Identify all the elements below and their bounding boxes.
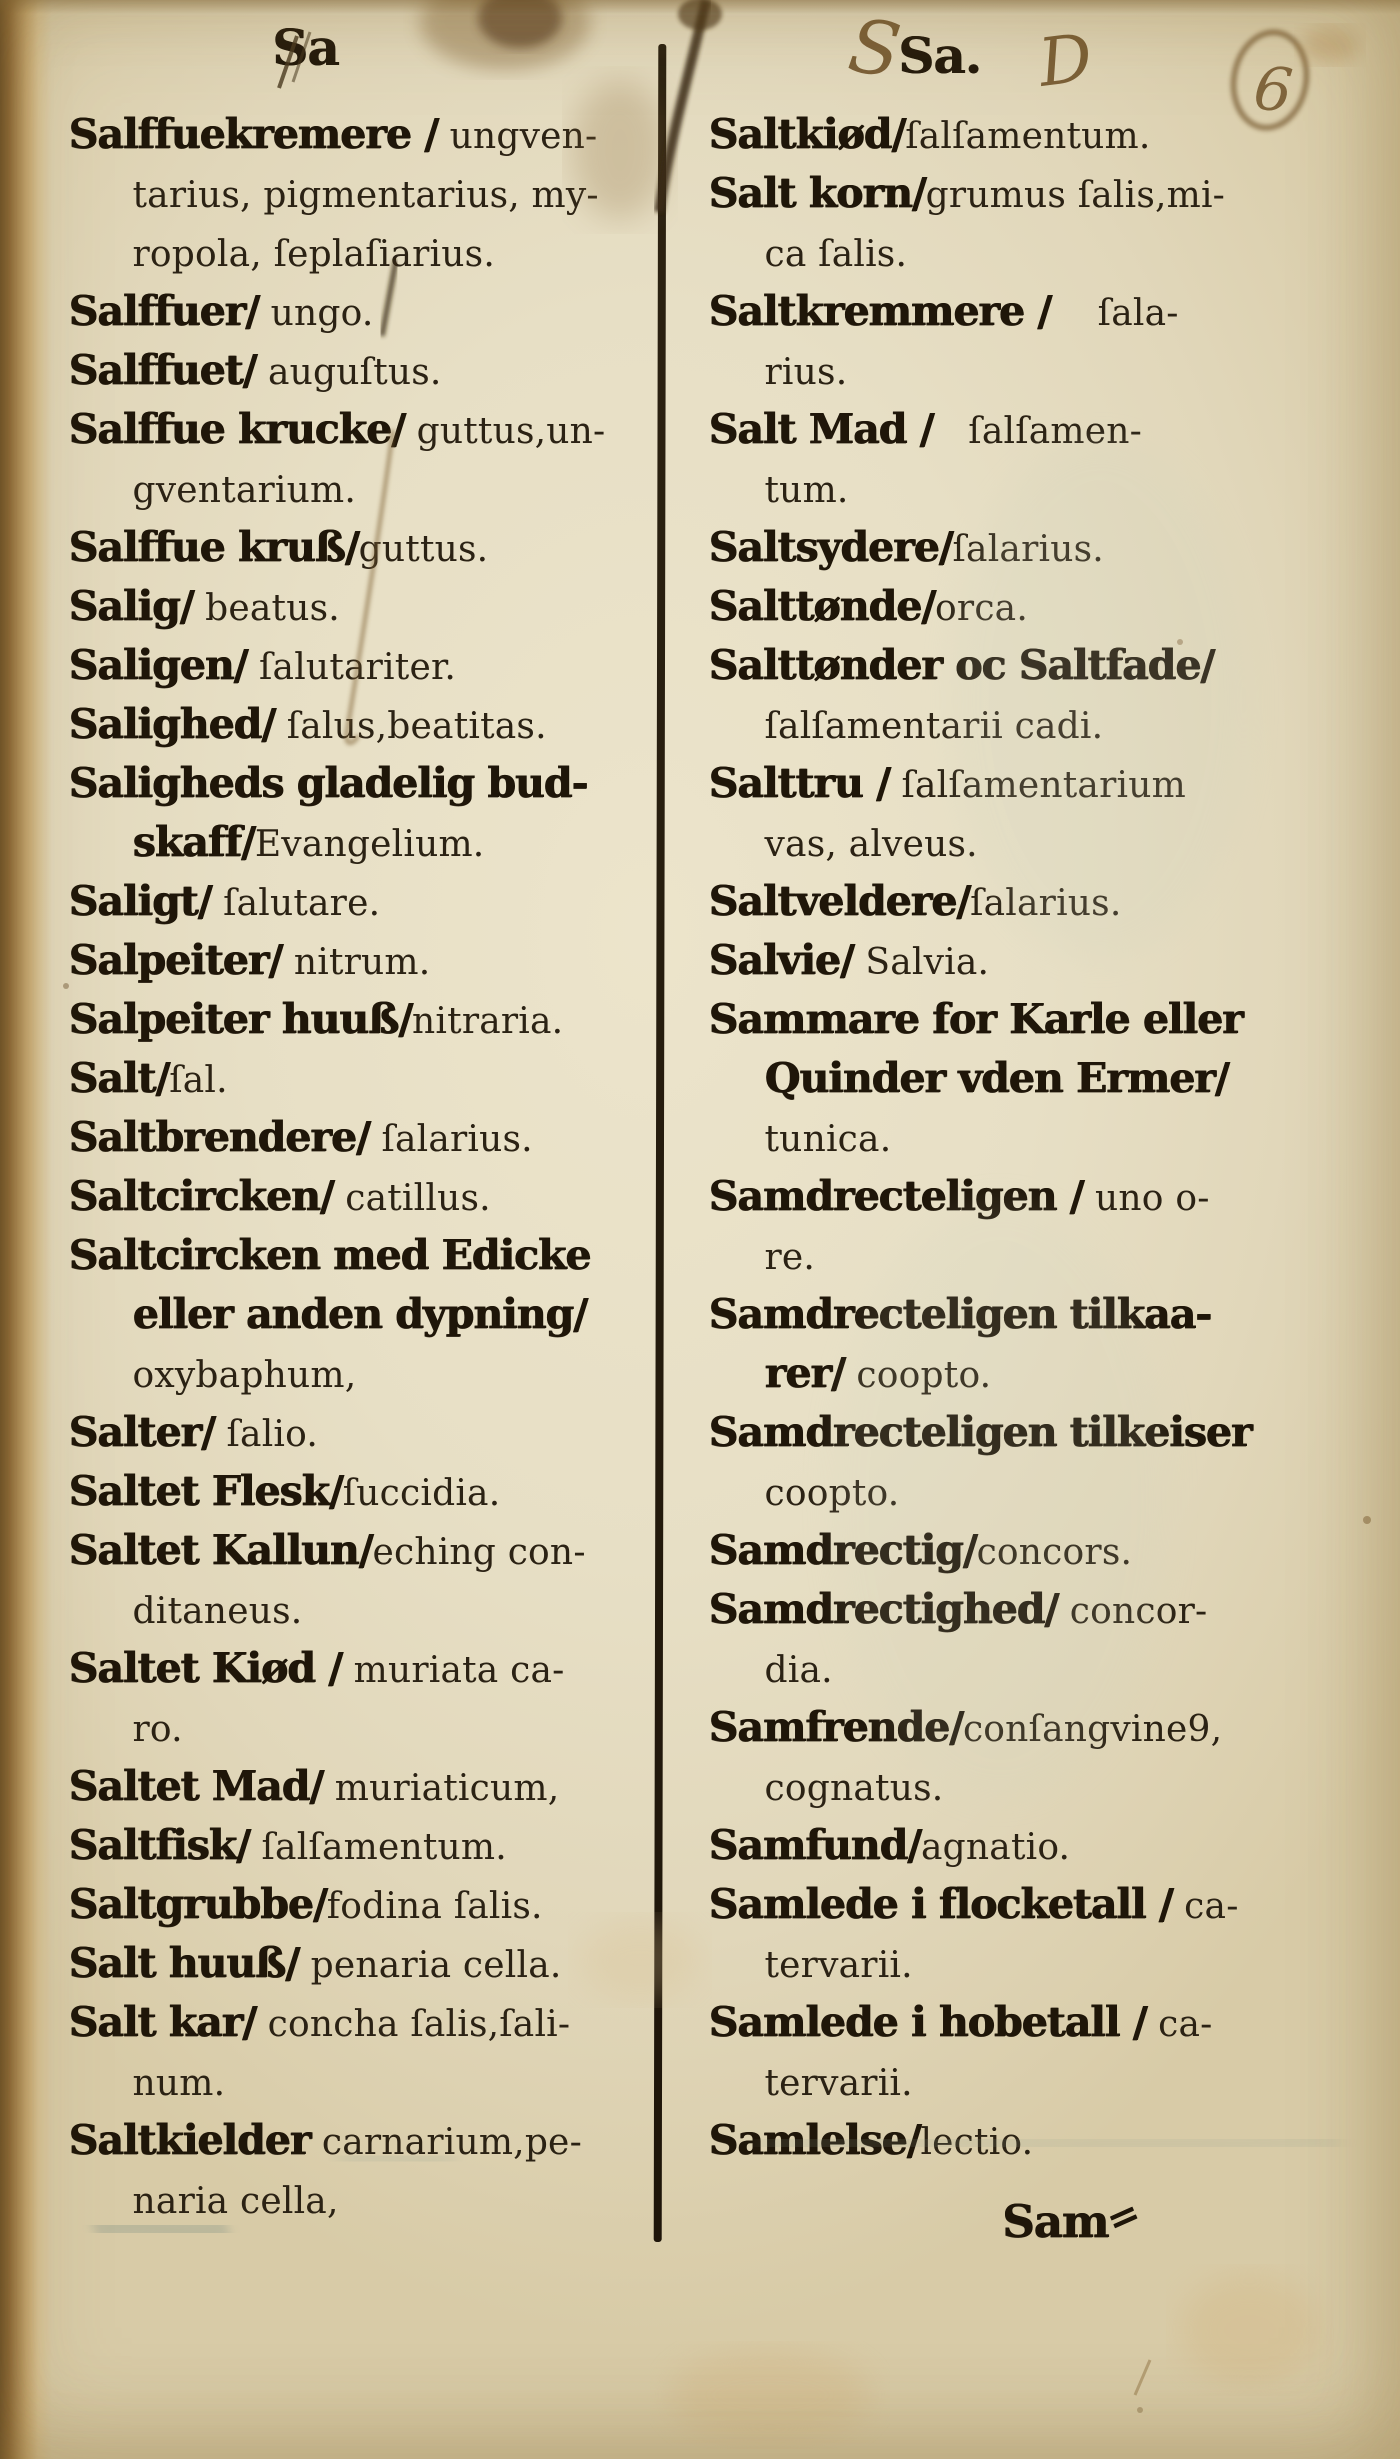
handwritten-mark-s: S (843, 3, 905, 95)
latin-gloss-text: ſalſamentum. (905, 116, 1150, 157)
headword-fraktur-text: Salpeiter huuß/ (69, 995, 413, 1043)
headword-fraktur-text: Saltkiød/ (709, 110, 906, 158)
latin-gloss-text: ca- (1173, 1886, 1239, 1927)
headword-fraktur-text: Salt kar/ (69, 1998, 257, 2046)
catchword-text: Sam (1002, 2195, 1108, 2248)
latin-gloss-text: oxybaphum, (133, 1355, 357, 1396)
latin-gloss-text: orca. (935, 588, 1028, 629)
headword-fraktur-text: Saltsydere/ (709, 523, 953, 571)
latin-gloss-text: rius. (765, 352, 848, 393)
headword-fraktur-text: Saltfisk/ (69, 1821, 250, 1869)
headword-fraktur-text: Saligen/ (69, 641, 248, 689)
latin-gloss-text: conſangvine9, (963, 1709, 1222, 1750)
left-column: Salffuekremere / ungven- tarius, pigment… (38, 86, 650, 2210)
latin-gloss-text: nitrum. (282, 942, 430, 983)
latin-gloss-text: ſalarius. (953, 529, 1104, 570)
latin-gloss-text: guttus. (359, 529, 489, 570)
headword-fraktur-text: Salffuekremere / (69, 110, 438, 158)
latin-gloss-text: cognatus. (765, 1768, 944, 1809)
latin-gloss-text: ſal. (169, 1060, 228, 1101)
latin-gloss-text: ca ſalis. (765, 234, 908, 275)
foxing-stain (670, 2350, 870, 2440)
latin-gloss-text: concha ſalis,ſali- (256, 2004, 570, 2045)
latin-gloss-text: coopto. (765, 1473, 900, 1514)
latin-gloss-text: gventarium. (133, 470, 357, 511)
headword-fraktur-text: Samdrectighed/ (709, 1585, 1059, 1633)
headword-fraktur-text: Salffuer/ (69, 287, 260, 335)
latin-gloss-text: uno o- (1083, 1178, 1209, 1219)
headword-fraktur-text: Salt huuß/ (69, 1939, 300, 1987)
latin-gloss-text: ſala- (1051, 293, 1179, 334)
latin-gloss-text: ſalarius. (370, 1119, 533, 1160)
latin-gloss-text: lectio. (920, 2122, 1033, 2163)
latin-gloss-text: ſuccidia. (343, 1473, 501, 1514)
latin-gloss-text: ſalſamen- (933, 411, 1142, 452)
headword-fraktur-text: Salvie/ (709, 936, 854, 984)
latin-gloss-text: ſalſamentarium (890, 765, 1186, 806)
headword-fraktur-text: Saltet Kiød / (69, 1644, 342, 1692)
latin-gloss-text: beatus. (193, 588, 339, 629)
latin-gloss-text: re. (765, 1237, 816, 1278)
headword-fraktur-text: Saltkielder (69, 2116, 311, 2164)
latin-gloss-text: ſalutariter. (247, 647, 456, 688)
latin-gloss-text: ſalio. (215, 1414, 318, 1455)
latin-gloss-text: guttus,un- (405, 411, 605, 452)
headword-fraktur-text: Saltkremmere / (709, 287, 1052, 335)
latin-gloss-text: ungo. (259, 293, 374, 334)
headword-fraktur-text: Samdrecteligen tilkaa- (709, 1290, 1212, 1338)
latin-gloss-text: ſalarius. (970, 883, 1121, 924)
latin-gloss-text: muriaticum, (323, 1768, 559, 1809)
headword-fraktur-text: Saligt/ (69, 877, 212, 925)
headword-fraktur-text: Sammare for Karle eller (709, 995, 1243, 1043)
headword-fraktur-text: Samdrecteligen / (709, 1172, 1084, 1220)
latin-gloss-text: penaria cella. (299, 1945, 561, 1986)
latin-gloss-text: ſalſamentarii cadi. (765, 706, 1104, 747)
headword-fraktur-text: Samlelse/ (709, 2116, 921, 2164)
latin-gloss-text: auguſtus. (256, 352, 441, 393)
latin-gloss-text: tarius, pigmentarius, my- (133, 175, 599, 216)
headword-fraktur-text: Salffue krucke/ (69, 405, 405, 453)
latin-gloss-text: ungven- (438, 116, 597, 157)
latin-gloss-text: grumus ſalis,mi- (926, 175, 1225, 216)
paper-speck (1363, 1516, 1371, 1524)
latin-gloss-text: tunica. (765, 1119, 892, 1160)
headword-fraktur-text: Salighed/ (69, 700, 276, 748)
latin-gloss-text: catillus. (334, 1178, 491, 1219)
latin-gloss-text: ropola, ſeplaſiarius. (133, 234, 495, 275)
headword-fraktur-text: Saltcircken med Edicke (69, 1231, 591, 1279)
headword-fraktur-text: Samfrende/ (709, 1703, 963, 1751)
latin-gloss-text: fodina ſalis. (327, 1886, 543, 1927)
latin-gloss-text: ſalutare. (211, 883, 380, 924)
latin-gloss-text: num. (133, 2063, 226, 2104)
headword-fraktur-text: Salt/ (69, 1054, 170, 1102)
headword-fraktur-text: Salttønde/ (709, 582, 936, 630)
latin-gloss-text: eching con- (372, 1532, 585, 1573)
stain-right-of-6 (1300, 27, 1360, 63)
paper-fiber (1135, 2360, 1150, 2395)
headword-fraktur-text: skaff/ (133, 818, 255, 866)
latin-gloss-text: concor- (1058, 1591, 1207, 1632)
latin-gloss-text: ſalſamentum. (250, 1827, 507, 1868)
headword-fraktur-text: Salter/ (69, 1408, 215, 1456)
latin-gloss-text: tum. (765, 470, 849, 511)
headword-fraktur-text: Salffue kruß/ (69, 523, 359, 571)
latin-gloss-text: concors. (977, 1532, 1133, 1573)
latin-gloss-text: dia. (765, 1650, 833, 1691)
entry-line: Salffuekremere / ungven- (38, 86, 650, 145)
latin-gloss-text: tervarii. (765, 2063, 913, 2104)
headword-fraktur-text: rer/ (765, 1349, 845, 1397)
latin-gloss-text: Salvia. (854, 942, 989, 983)
headword-fraktur-text: Saltgrubbe/ (69, 1880, 327, 1928)
headword-fraktur-text: Saltbrendere/ (69, 1113, 370, 1161)
headword-fraktur-text: Salttru / (709, 759, 890, 807)
latin-gloss-text: ditaneus. (133, 1591, 303, 1632)
headword-fraktur-text: Samlede i flocketall / (709, 1880, 1173, 1928)
foxing-stain2 (1180, 2275, 1320, 2385)
latin-gloss-text: agnatio. (921, 1827, 1070, 1868)
latin-gloss-text: nitraria. (412, 1001, 563, 1042)
dictionary-page: Sa Sa. Salffuekremere / ungven- tarius, … (0, 0, 1400, 2459)
headword-fraktur-text: Saltcircken/ (69, 1172, 334, 1220)
headword-fraktur-text: Salttønder oc Saltfade/ (709, 641, 1215, 689)
running-head-left: Sa (272, 18, 339, 77)
headword-fraktur-text: Saltet Mad/ (69, 1762, 324, 1810)
latin-gloss-text: ſalus,beatitas. (275, 706, 547, 747)
headword-fraktur-text: Samfund/ (709, 1821, 921, 1869)
headword-fraktur-text: Saligheds gladelig bud- (69, 759, 588, 807)
latin-gloss-text: vas, alveus. (765, 824, 978, 865)
latin-gloss-text: muriata ca- (342, 1650, 565, 1691)
latin-gloss-text: ca- (1146, 2004, 1212, 2045)
paper-speck4 (1137, 2407, 1143, 2413)
headword-fraktur-text: Salt korn/ (709, 169, 926, 217)
catchword: Sam= (1002, 2192, 1142, 2262)
page-top-edge (0, 0, 1400, 14)
headword-fraktur-text: Salffuet/ (69, 346, 257, 394)
headword-fraktur-text: Salpeiter/ (69, 936, 283, 984)
latin-gloss-text: naria cella, (133, 2181, 339, 2222)
latin-gloss-text: tervarii. (765, 1945, 913, 1986)
latin-gloss-text: carnarium,pe- (310, 2122, 582, 2163)
headword-fraktur-text: Samdrectig/ (709, 1526, 977, 1574)
headword-fraktur-text: Saltet Kallun/ (69, 1526, 373, 1574)
column-divider-rule (654, 44, 667, 2242)
headword-fraktur-text: Salig/ (69, 582, 194, 630)
right-column: Saltkiød/ſalſamentum. Salt korn/grumus ſ… (678, 86, 1358, 2151)
running-head-right: Sa. (898, 26, 981, 85)
headword-fraktur-text: Quinder vden Ermer/ (765, 1054, 1229, 1102)
headword-fraktur-text: Salt Mad / (709, 405, 934, 453)
headword-fraktur-text: Samlede i hobetall / (709, 1998, 1147, 2046)
headword-fraktur-text: Samdrecteligen tilkeiser (709, 1408, 1252, 1456)
latin-gloss-text: Evangelium. (255, 824, 485, 865)
headword-fraktur-text: Saltveldere/ (709, 877, 971, 925)
headword-fraktur-text: Saltet Flesk/ (69, 1467, 343, 1515)
entry-line: Saltkiød/ſalſamentum. (678, 86, 1358, 145)
headword-fraktur-text: eller anden dypning/ (133, 1290, 587, 1338)
latin-gloss-text: ro. (133, 1709, 183, 1750)
latin-gloss-text: coopto. (845, 1355, 992, 1396)
